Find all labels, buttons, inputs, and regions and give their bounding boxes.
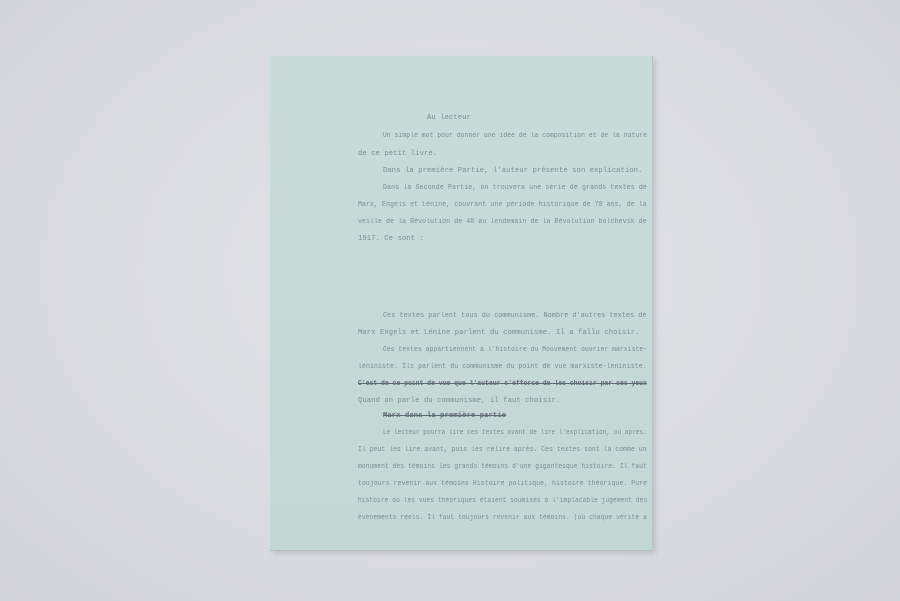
text-line: Dans la première Partie, l'auteur présen… [383,167,643,176]
text-line: événements réels. Il faut toujours reven… [358,514,647,523]
text-line: Il peut les lire avant, puis les relire … [358,446,647,455]
text-line: Ces textes appartiennent à l'histoire du… [383,346,647,355]
text-line: Marx Engels et Lénine parlent du communi… [358,329,640,338]
text-line: 1917. Ce sont : [358,235,424,244]
text-line: léniniste. Ils parlent du communisme du … [358,363,647,372]
page-title: Au lecteur [427,114,471,123]
text-line: veille de la Révolution de 48 au lendema… [358,218,647,227]
text-line: Le lecteur pourra lire ces textes avant … [383,429,647,438]
page-text: Au lecteur Un simple mot pour donner une… [270,56,652,550]
text-line: histoire où les vues théoriques étaient … [358,497,647,506]
text-line: Un simple mot pour donner une idée de la… [383,132,647,141]
text-line: monument des témoins les grands témoins … [358,463,647,472]
text-line: toujours revenir aux témoins Histoire po… [358,480,647,489]
text-line: Ces textes parlent tous du communisme. N… [383,312,647,321]
text-line: de ce petit livre. [358,150,437,159]
typewritten-page: Au lecteur Un simple mot pour donner une… [270,56,653,551]
struck-text-line: Marx dans la première partie [383,412,506,421]
struck-text-line: C'est de ce point de vue que l'auteur s'… [358,380,647,389]
text-line: Dans la Seconde Partie, on trouvera une … [383,184,647,193]
text-line: Quand on parle du communisme, il faut ch… [358,397,560,406]
text-line: Marx, Engels et Lénine, couvrant une pér… [358,201,647,210]
